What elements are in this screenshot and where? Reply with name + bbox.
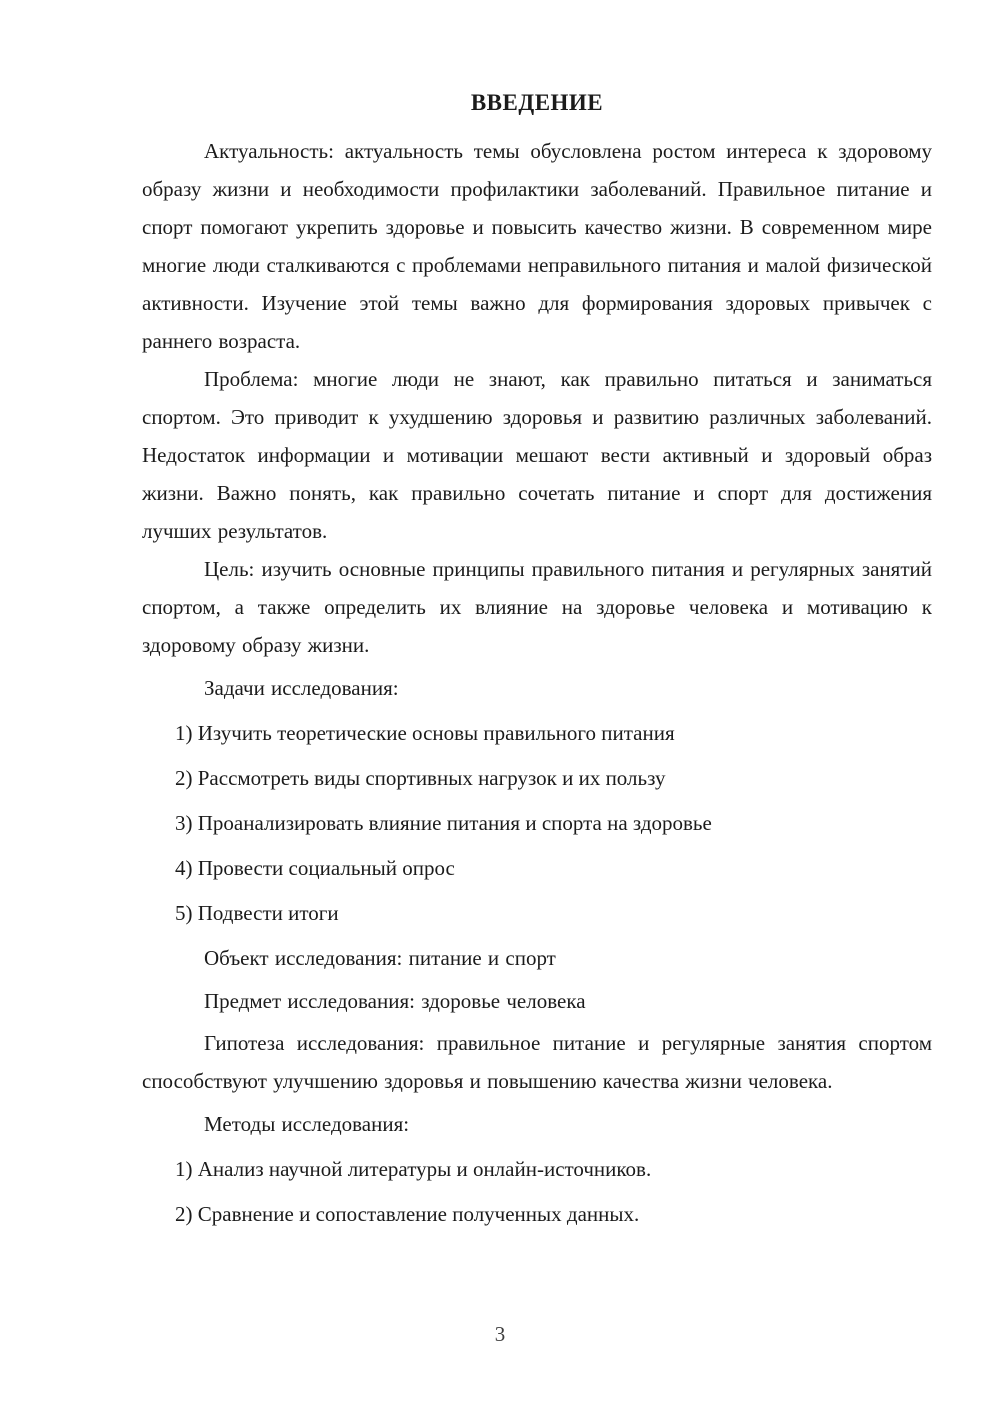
list-item: 2) Сравнение и сопоставление полученных … (142, 1195, 932, 1233)
list-item-text: Сравнение и сопоставление полученных дан… (198, 1202, 639, 1226)
list-item: 4) Провести социальный опрос (142, 849, 932, 887)
list-item-text: Изучить теоретические основы правильного… (198, 721, 675, 745)
list-item-text: Рассмотреть виды спортивных нагрузок и и… (198, 766, 666, 790)
list-item: 5) Подвести итоги (142, 894, 932, 932)
paragraph-problem: Проблема: многие люди не знают, как прав… (142, 360, 932, 550)
paragraph-goal: Цель: изучить основные принципы правильн… (142, 550, 932, 664)
list-item-number: 2) (175, 766, 193, 790)
methods-heading: Методы исследования: (142, 1105, 932, 1143)
paragraph-subject: Предмет исследования: здоровье человека (142, 982, 932, 1020)
paragraph-relevance: Актуальность: актуальность темы обусловл… (142, 132, 932, 360)
list-item-number: 4) (175, 856, 193, 880)
list-item: 3) Проанализировать влияние питания и сп… (142, 804, 932, 842)
list-item-number: 1) (175, 1157, 193, 1181)
page-number: 3 (0, 1322, 1000, 1347)
paragraph-hypothesis: Гипотеза исследования: правильное питани… (142, 1024, 932, 1100)
list-item-number: 1) (175, 721, 193, 745)
list-item-number: 5) (175, 901, 193, 925)
tasks-list: 1) Изучить теоретические основы правильн… (142, 714, 932, 932)
list-item: 1) Анализ научной литературы и онлайн-ис… (142, 1150, 932, 1188)
list-item-number: 2) (175, 1202, 193, 1226)
tasks-heading: Задачи исследования: (142, 669, 932, 707)
page-title: ВВЕДЕНИЕ (142, 88, 932, 118)
methods-list: 1) Анализ научной литературы и онлайн-ис… (142, 1150, 932, 1233)
list-item: 2) Рассмотреть виды спортивных нагрузок … (142, 759, 932, 797)
list-item-text: Подвести итоги (198, 901, 339, 925)
document-content: ВВЕДЕНИЕ Актуальность: актуальность темы… (142, 88, 932, 1240)
list-item-number: 3) (175, 811, 193, 835)
list-item-text: Проанализировать влияние питания и спорт… (198, 811, 712, 835)
paragraph-object: Объект исследования: питание и спорт (142, 939, 932, 977)
list-item-text: Анализ научной литературы и онлайн-источ… (198, 1157, 651, 1181)
document-page: ВВЕДЕНИЕ Актуальность: актуальность темы… (0, 0, 1000, 1414)
list-item: 1) Изучить теоретические основы правильн… (142, 714, 932, 752)
list-item-text: Провести социальный опрос (198, 856, 455, 880)
